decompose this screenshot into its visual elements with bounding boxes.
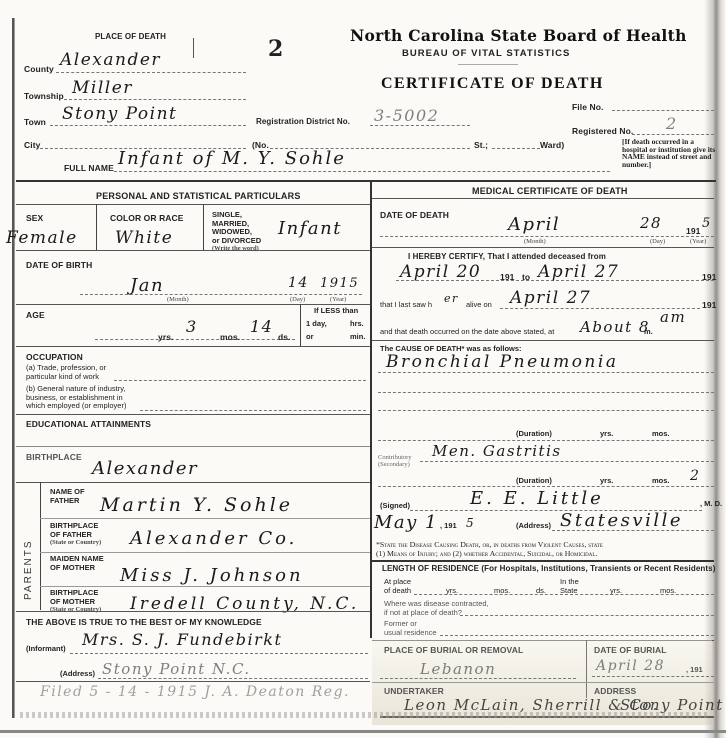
attended-to: April 27 <box>538 262 619 282</box>
dod-year-prefix: 191 <box>686 226 700 236</box>
dod-label: DATE OF DEATH <box>380 210 449 220</box>
age-mos-value: 3 <box>186 317 198 336</box>
residence-heading: LENGTH OF RESIDENCE (For Hospitals, Inst… <box>382 564 715 573</box>
dod-year-suffix: 5 <box>702 216 712 231</box>
last-saw-pronoun: er <box>444 292 459 305</box>
color-label: COLOR OR RACE <box>110 213 184 223</box>
title-rule <box>458 64 518 65</box>
duration-yrs-label-2: yrs. <box>600 477 613 486</box>
father-birthplace-value: Alexander Co. <box>130 528 297 549</box>
personal-heading: PERSONAL AND STATISTICAL PARTICULARS <box>96 191 301 201</box>
scan-artifact-bottom <box>20 712 710 718</box>
informant-label: (Informant) <box>26 645 66 654</box>
signed-year-suffix: 5 <box>466 516 475 530</box>
dod-day: 28 <box>640 214 662 232</box>
file-no-label: File No. <box>572 102 604 112</box>
dod-month-caption: (Month) <box>524 238 546 245</box>
doctor-address-value: Statesville <box>560 510 683 531</box>
duration-mos-label-2: mos. <box>652 477 670 486</box>
at-place-label: At place of death <box>384 578 411 595</box>
contributory-label: Contributory (Secondary) <box>378 454 412 468</box>
dob-label: DATE OF BIRTH <box>26 260 92 270</box>
signed-date: May 1 <box>374 512 438 533</box>
board-title: North Carolina State Board of Health <box>350 26 687 45</box>
alive-on-label: alive on <box>466 301 492 310</box>
page-border-left <box>12 18 15 718</box>
cause-footnote: *State the Disease Causing Death, or, in… <box>376 540 716 558</box>
informant-address-value: Stony Point N.C. <box>102 660 251 678</box>
divider-tick <box>193 38 194 58</box>
duration-label-1: (Duration) <box>516 430 552 439</box>
at-place-ds: ds. <box>536 587 546 596</box>
county-value: Alexander <box>60 50 161 70</box>
street-label: St.; <box>474 140 488 150</box>
at-place-mos: mos. <box>494 587 510 596</box>
undertaker-address-label: ADDRESS <box>594 686 636 696</box>
registration-district-label: Registration District No. <box>256 117 350 126</box>
doctor-address-label: (Address) <box>516 522 551 531</box>
form-number: 2 <box>268 36 283 62</box>
informant-value: Mrs. S. J. Fundebirkt <box>82 630 282 649</box>
town-value: Stony Point <box>62 104 177 124</box>
burial-place-label: PLACE OF BURIAL OR REMOVAL <box>384 645 523 655</box>
dod-year-caption: (Year) <box>690 238 706 245</box>
undertaker-label: UNDERTAKER <box>384 686 444 696</box>
less-than-day-label: 1 day, <box>306 320 327 329</box>
dod-month: April <box>508 214 560 235</box>
burial-date-value: April 28 <box>596 658 665 674</box>
marital-value: Infant <box>278 218 342 239</box>
death-time-label: and that death occurred on the date abov… <box>380 328 554 337</box>
informant-address-label: (Address) <box>60 670 95 679</box>
age-mos-label: mos. <box>220 332 240 342</box>
burial-date-label: DATE OF BURIAL <box>594 645 667 655</box>
less-than-min-label: min. <box>350 333 365 342</box>
dob-day: 14 <box>288 275 309 291</box>
former-residence-label: Former or usual residence <box>384 620 437 637</box>
medical-heading: MEDICAL CERTIFICATE OF DEATH <box>472 186 628 196</box>
township-value: Miller <box>72 78 133 98</box>
township-label: Township <box>24 91 64 101</box>
cause-value: Bronchial Pneumonia <box>386 352 618 372</box>
burial-place-value: Lebanon <box>420 660 496 678</box>
marital-label: SINGLE, MARRIED, WIDOWED, or DIVORCED (W… <box>212 211 261 254</box>
signed-suffix: , M. D. <box>700 500 722 509</box>
age-ds-value: 14 <box>250 317 273 336</box>
registered-no-label: Registered No. <box>572 126 633 136</box>
place-of-death-heading: PLACE OF DEATH <box>95 32 166 41</box>
duration-label-2: (Duration) <box>516 477 552 486</box>
dob-month-caption: (Month) <box>167 296 189 303</box>
dob-day-caption: (Day) <box>290 296 305 303</box>
less-than-label: If LESS than <box>314 307 358 316</box>
bureau-title: BUREAU OF VITAL STATISTICS <box>402 48 570 59</box>
color-value: White <box>115 228 173 248</box>
city-label: City <box>24 140 40 150</box>
parents-label: PARENTS <box>23 510 34 600</box>
last-saw-year-prefix: 191 <box>702 300 716 310</box>
attended-from: April 20 <box>400 262 481 282</box>
mother-name-label: MAIDEN NAME OF MOTHER <box>50 555 104 572</box>
less-than-hrs-label: hrs. <box>350 320 364 329</box>
occupation-a-label: (a) Trade, profession, or particular kin… <box>26 364 106 381</box>
sex-label: SEX <box>26 213 43 223</box>
duration-mos-label-1: mos. <box>652 430 670 439</box>
attended-to-label: to <box>522 272 530 282</box>
death-certificate: PLACE OF DEATH 2 North Carolina State Bo… <box>0 0 726 738</box>
column-divider <box>370 182 372 638</box>
dob-year-caption: (Year) <box>330 296 346 303</box>
full-name-label: FULL NAME <box>64 163 114 173</box>
attended-to-year-prefix: 191 <box>702 272 716 282</box>
registration-district-value: 3-5002 <box>374 106 439 125</box>
dob-month: Jan <box>130 275 164 296</box>
burial-date-year: , 191 <box>686 666 703 675</box>
duration-yrs-label-1: yrs. <box>600 430 613 439</box>
education-label: EDUCATIONAL ATTAINMENTS <box>26 419 151 429</box>
hospital-note: [If death occurred in a hospital or inst… <box>622 138 716 168</box>
at-place-yrs: yrs. <box>446 587 458 596</box>
father-name-value: Martin Y. Sohle <box>100 494 293 516</box>
sex-value: Female <box>6 228 78 248</box>
father-birthplace-label: BIRTHPLACE OF FATHER (State or Country) <box>50 522 101 548</box>
in-state-yrs: yrs. <box>610 587 622 596</box>
less-than-or-label: or <box>306 333 314 342</box>
signed-label: (Signed) <box>380 502 410 511</box>
header-rule <box>16 180 716 182</box>
registered-no-value: 2 <box>666 114 678 133</box>
last-saw-date: April 27 <box>510 288 591 308</box>
birthplace-label: BIRTHPLACE <box>26 452 82 462</box>
death-time-extra: am <box>660 308 686 326</box>
age-ds-label: ds. <box>278 332 291 342</box>
father-name-label: NAME OF FATHER <box>50 488 85 505</box>
ward-label: Ward) <box>540 140 564 150</box>
county-label: County <box>24 64 54 74</box>
dod-day-caption: (Day) <box>650 238 665 245</box>
occupation-label: OCCUPATION <box>26 352 83 362</box>
in-state-mos: mos. <box>660 587 676 596</box>
certificate-title: CERTIFICATE OF DEATH <box>381 75 604 93</box>
age-label: AGE <box>26 310 45 320</box>
contributory-value: Men. Gastritis <box>432 442 562 460</box>
occupation-b-label: (b) General nature of industry, business… <box>26 385 126 411</box>
signed-value: E. E. Little <box>470 488 604 509</box>
death-time-value: About 8 <box>580 318 650 336</box>
duration-mos-value: 2 <box>690 468 700 484</box>
age-yrs-label: yrs. <box>158 332 174 342</box>
death-time-suffix: m. <box>644 328 653 337</box>
signed-year-prefix: , 191 <box>440 522 457 531</box>
birthplace-value: Alexander <box>92 458 198 479</box>
dob-year: 1915 <box>320 276 359 291</box>
full-name-value: Infant of M. Y. Sohle <box>118 148 346 169</box>
certify-text: I HEREBY CERTIFY, That I attended deceas… <box>408 252 606 261</box>
filed-note: Filed 5 - 14 - 1915 J. A. Deaton Reg. <box>40 684 350 700</box>
last-saw-label: that I last saw h <box>380 301 432 310</box>
in-state-label: In the State <box>560 578 579 595</box>
attended-from-year-prefix: 191 <box>500 272 514 282</box>
town-label: Town <box>24 117 46 127</box>
mother-name-value: Miss J. Johnson <box>120 565 304 586</box>
page-bottom-edge <box>0 730 726 733</box>
true-statement: THE ABOVE IS TRUE TO THE BEST OF MY KNOW… <box>26 617 262 627</box>
